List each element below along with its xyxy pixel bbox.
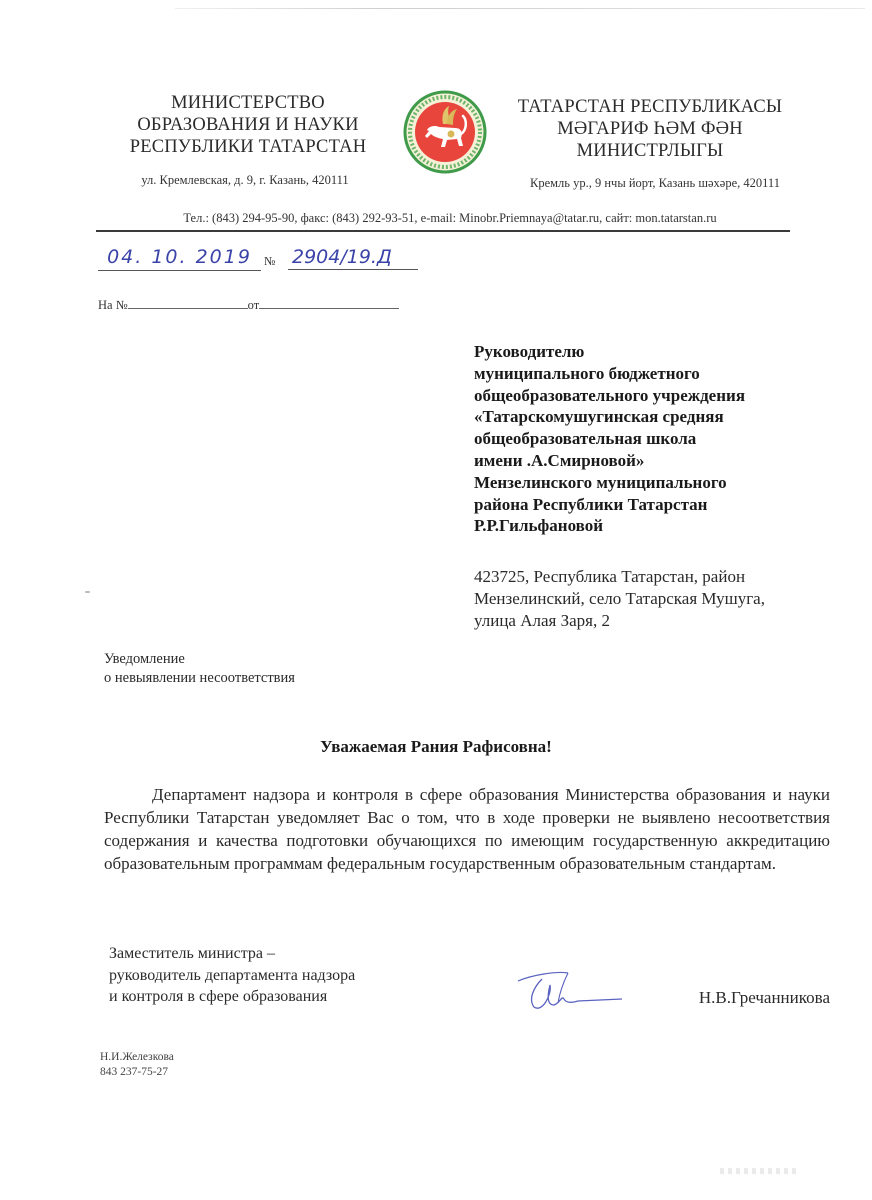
number-label: № — [264, 254, 275, 269]
ministry-name-line: МИНИСТЕРСТВО — [118, 92, 378, 114]
addressee-line: Мензелинского муниципального — [474, 472, 834, 494]
letter-body: Департамент надзора и контроля в сфере о… — [104, 783, 830, 875]
postal-line: улица Алая Заря, 2 — [474, 610, 834, 632]
body-paragraph: Департамент надзора и контроля в сфере о… — [104, 783, 830, 875]
reply-reference-row: На №от — [98, 296, 418, 313]
postal-line: Мензелинский, село Татарская Мушуга, — [474, 588, 834, 610]
scan-artifact — [720, 1168, 800, 1174]
reply-number-blank — [128, 296, 248, 309]
ministry-name-line: МИНИСТРЛЫГЫ — [500, 140, 800, 162]
tatarstan-emblem-icon — [403, 90, 487, 174]
addressee-line: общеобразовательного учреждения — [474, 385, 834, 407]
registration-row: 04. 10. 2019 № 2904/19.Д — [98, 244, 418, 274]
scan-edge-line — [175, 8, 865, 9]
ministry-name-line: ТАТАРСТАН РЕСПУБЛИКАСЫ — [500, 96, 800, 118]
executor-phone: 843 237-75-27 — [100, 1065, 300, 1080]
executor-info: Н.И.Железкова 843 237-75-27 — [100, 1050, 300, 1080]
scan-artifact — [85, 591, 90, 593]
registration-date: 04. 10. 2019 — [98, 244, 261, 271]
ministry-name-line: МӘГАРИФ ҺӘМ ФӘН — [500, 118, 800, 140]
ministry-name-tatar: ТАТАРСТАН РЕСПУБЛИКАСЫ МӘГАРИФ ҺӘМ ФӘН М… — [500, 96, 800, 162]
addressee-line: Руководителю — [474, 341, 834, 363]
ministry-name-russian: МИНИСТЕРСТВО ОБРАЗОВАНИЯ И НАУКИ РЕСПУБЛ… — [118, 92, 378, 158]
subject-line: о невыявлении несоответствия — [104, 669, 404, 688]
signatory-name: Н.В.Гречанникова — [640, 988, 830, 1008]
ministry-address-russian: ул. Кремлевская, д. 9, г. Казань, 420111 — [110, 173, 380, 188]
signatory-title-line: руководитель департамента надзора — [109, 965, 439, 987]
letterhead-divider — [96, 230, 790, 232]
letter-subject: Уведомление о невыявлении несоответствия — [104, 650, 404, 688]
addressee-line: «Татарскомушугинская средняя — [474, 406, 834, 428]
addressee-line: района Республики Татарстан — [474, 494, 834, 516]
greeting: Уважаемая Рания Рафисовна! — [0, 737, 872, 757]
addressee-line: общеобразовательная школа — [474, 428, 834, 450]
ministry-name-line: РЕСПУБЛИКИ ТАТАРСТАН — [118, 136, 378, 158]
addressee-line: Р.Р.Гильфановой — [474, 515, 834, 537]
ministry-contacts: Тел.: (843) 294-95-90, факс: (843) 292-9… — [100, 211, 800, 226]
reply-date-label: от — [248, 298, 260, 312]
postal-address: 423725, Республика Татарстан, район Менз… — [474, 566, 834, 631]
ministry-name-line: ОБРАЗОВАНИЯ И НАУКИ — [118, 114, 378, 136]
reply-number-label: На № — [98, 298, 128, 312]
ministry-address-tatar: Кремль ур., 9 нчы йорт, Казань шәхәре, 4… — [510, 176, 800, 191]
signatory-title: Заместитель министра – руководитель депа… — [109, 943, 439, 1008]
registration-number: 2904/19.Д — [288, 244, 418, 270]
executor-name: Н.И.Железкова — [100, 1050, 300, 1065]
addressee-block: Руководителю муниципального бюджетного о… — [474, 341, 834, 537]
addressee-line: имени .А.Смирновой» — [474, 450, 834, 472]
signatory-title-line: и контроля в сфере образования — [109, 986, 439, 1008]
subject-line: Уведомление — [104, 650, 404, 669]
postal-line: 423725, Республика Татарстан, район — [474, 566, 834, 588]
reply-date-blank — [259, 296, 399, 309]
signatory-title-line: Заместитель министра – — [109, 943, 439, 965]
addressee-line: муниципального бюджетного — [474, 363, 834, 385]
handwritten-signature-icon — [512, 965, 632, 1015]
